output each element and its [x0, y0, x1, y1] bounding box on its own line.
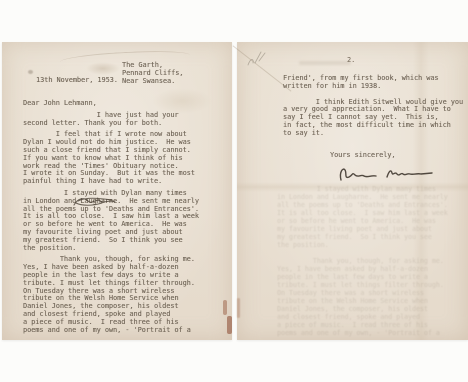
- show-through-text: Thank you, though, for asking me.Yes, I …: [277, 257, 444, 337]
- letter-page-2: 2. Friend', from my first book, which wa…: [237, 42, 468, 340]
- show-through-line: Thank you, though, for asking me.: [277, 257, 444, 265]
- paragraph-3: I stayed with Dylan many timesin London …: [23, 190, 226, 252]
- address-line: Near Swansea.: [122, 78, 183, 86]
- letter-page-1: The Garth,Pennard Cliffs,Near Swansea. 1…: [2, 42, 232, 340]
- show-through-line: On Tuesday there was a short wireless: [277, 289, 444, 297]
- photo-background: The Garth,Pennard Cliffs,Near Swansea. 1…: [0, 0, 468, 382]
- show-through-line: tribute. I must let things filter throug…: [277, 281, 444, 289]
- show-through-line: and closest friend, spoke and played: [277, 313, 444, 321]
- show-through-line: tribute on the Welsh Home Service when: [277, 297, 444, 305]
- pencil-annotation: [245, 49, 271, 69]
- closing-line: Yours sincerely,: [330, 152, 464, 160]
- show-through-line: a piece of music. I read three of his: [277, 321, 444, 329]
- rust-stain: [227, 316, 232, 334]
- show-through-text: I stayed with Dylan many timesin London …: [277, 185, 448, 249]
- page-number: 2.: [347, 56, 355, 64]
- letter-body-page1: Dear John Lehmann, I have just had yours…: [23, 100, 226, 338]
- show-through-line: Daniel Jones, the composer, his oldest: [277, 305, 444, 313]
- paragraph-5: Friend', from my first book, which waswr…: [283, 75, 464, 91]
- letter-line: painful thing I have had to write.: [23, 178, 226, 186]
- paragraph-2: I feel that if I wrote now aboutDylan I …: [23, 131, 226, 186]
- letter-line: to say it.: [283, 130, 464, 138]
- paragraph-1: I have just had yoursecond letter. Thank…: [23, 112, 226, 128]
- letter-line: poems and one of my own, - 'Portrait of …: [23, 327, 226, 335]
- sender-address: The Garth,Pennard Cliffs,Near Swansea.: [122, 62, 183, 85]
- show-through-line: or so before he went to America. He was: [277, 217, 448, 225]
- paragraph-6: I think Edith Sitwell would give youa ve…: [283, 99, 464, 138]
- show-through-line: in London and Laugharne. He sent me near…: [277, 193, 448, 201]
- salutation: Dear John Lehmann,: [23, 100, 226, 108]
- letter-date: 13th November, 1953.: [36, 77, 118, 85]
- show-through-line: poems and one of my own, - 'Portrait of …: [277, 329, 444, 337]
- letter-line: the position.: [23, 245, 226, 253]
- show-through-line: It is all too close. I saw him last a we…: [277, 209, 448, 217]
- show-through-line: all the poems up to 'Deaths and Entrance…: [277, 201, 448, 209]
- show-through-line: Yes, I have been asked by half-a-dozen: [277, 265, 444, 273]
- letter-body-page2: Friend', from my first book, which waswr…: [283, 75, 464, 188]
- show-through-line: my favourite living poet and just about: [277, 225, 448, 233]
- show-through-smudge: [299, 61, 351, 65]
- paragraph-4: Thank you, though, for asking me.Yes, I …: [23, 256, 226, 334]
- ink-deletion-scribble: [72, 194, 118, 210]
- rust-stain: [237, 298, 240, 318]
- letter-line: written for him in 1938.: [283, 83, 464, 91]
- ink-speck-stain: [28, 70, 33, 74]
- paper-smudge-stain: [86, 62, 120, 75]
- show-through-line: people in the last few days to write a: [277, 273, 444, 281]
- show-through-line: I stayed with Dylan many times: [277, 185, 448, 193]
- show-through-line: the position.: [277, 241, 448, 249]
- show-through-line: my greatest friend. So I think you see: [277, 233, 448, 241]
- letter-line: second letter. Thank you for both.: [23, 120, 226, 128]
